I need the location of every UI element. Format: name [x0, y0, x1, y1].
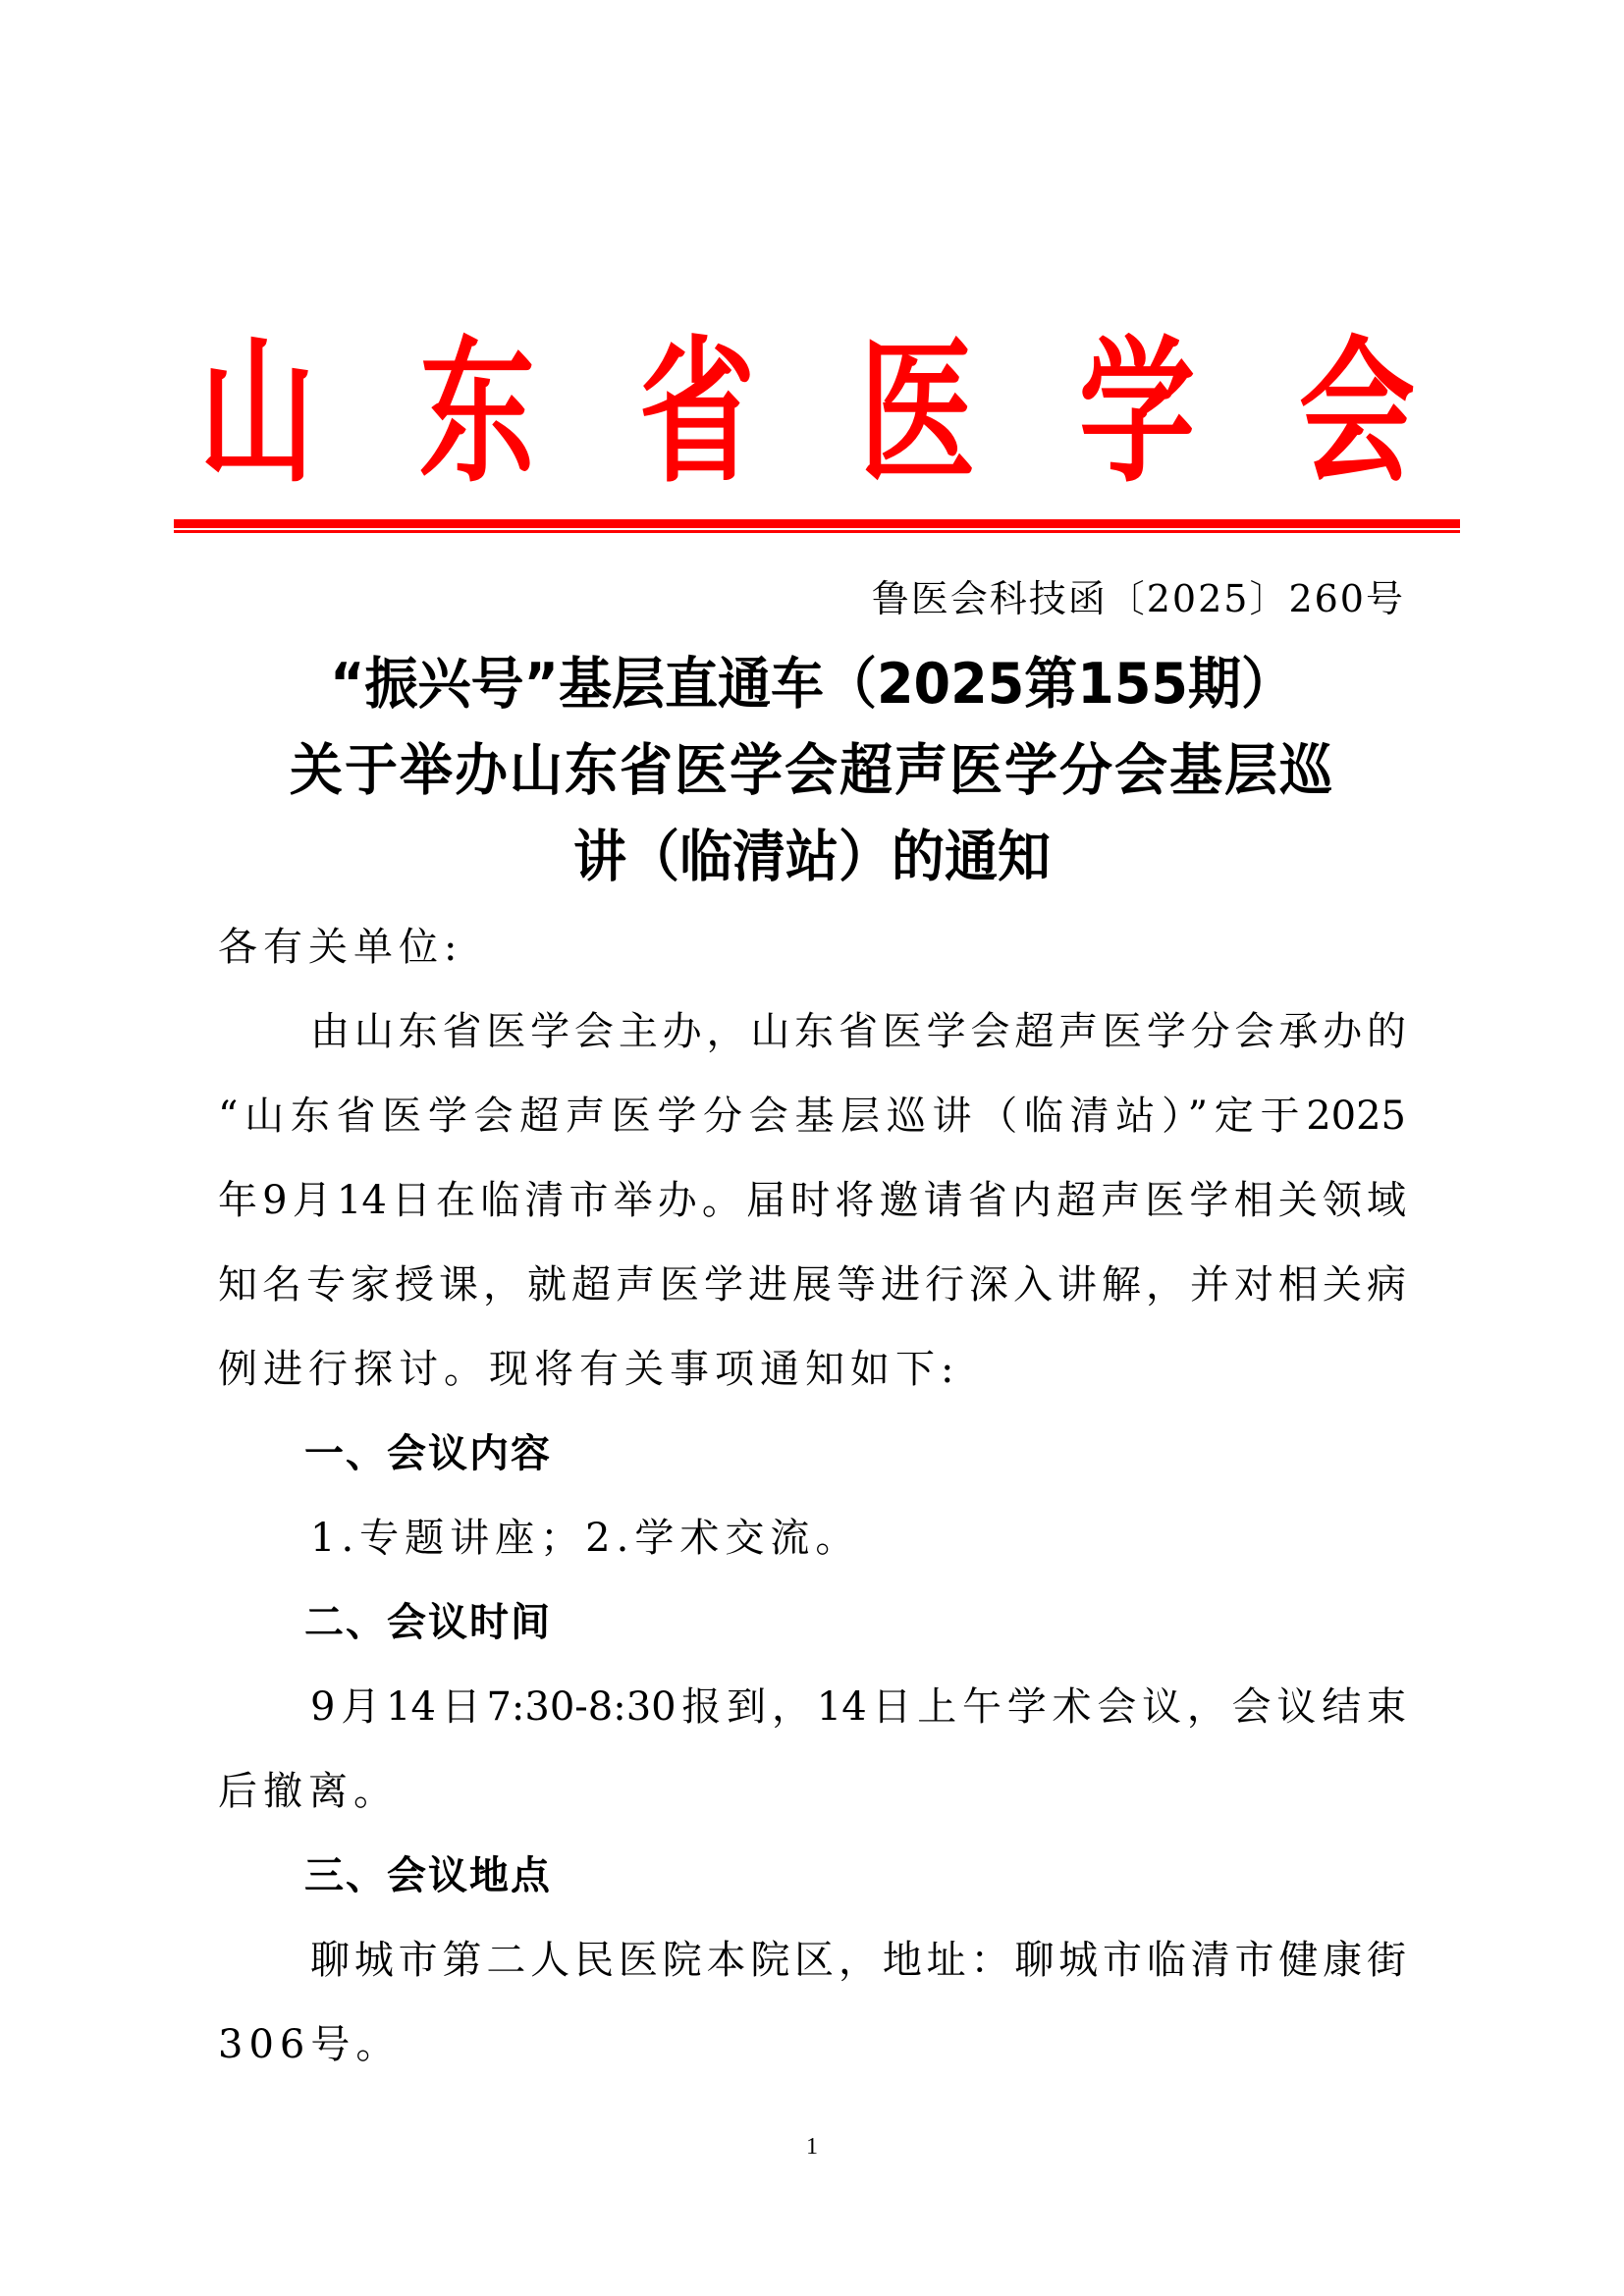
masthead-char: 医 — [853, 334, 981, 490]
section-heading: 一、会议内容 — [304, 1412, 552, 1496]
title-line-1: “振兴号”基层直通车（2025第155期） — [218, 639, 1406, 729]
masthead-char: 山 — [193, 334, 321, 490]
page-number: 1 — [0, 2132, 1624, 2162]
section-heading: 三、会议地点 — [304, 1834, 552, 1918]
intro-line: 知名专家授课，就超声医学进展等进行深入讲解，并对相关病 — [218, 1243, 1406, 1327]
masthead-rule-thin — [174, 530, 1460, 533]
masthead-char: 学 — [1073, 334, 1201, 490]
section-heading: 二、会议时间 — [304, 1580, 552, 1665]
intro-line: “山东省医学会超声医学分会基层巡讲（临清站）”定于2025 — [218, 1074, 1406, 1158]
masthead-char: 省 — [633, 334, 761, 490]
document-number: 鲁医会科技函〔2025〕260号 — [872, 577, 1405, 620]
section-line: 聊城市第二人民医院本院区，地址：聊城市临清市健康街 — [218, 1918, 1406, 2002]
intro-line: 年9月14日在临清市举办。届时将邀请省内超声医学相关领域 — [218, 1158, 1406, 1243]
section-line: 306号。 — [218, 2002, 1406, 2087]
title-line-2: 关于举办山东省医学会超声医学分会基层巡 — [218, 725, 1406, 816]
document-page: 山 东 省 医 学 会 鲁医会科技函〔2025〕260号 “振兴号”基层直通车（… — [0, 0, 1624, 2296]
intro-line: 由山东省医学会主办，山东省医学会超声医学分会承办的 — [218, 989, 1406, 1074]
intro-line: 例进行探讨。现将有关事项通知如下: — [218, 1327, 1406, 1412]
masthead: 山 东 省 医 学 会 — [174, 334, 1460, 491]
masthead-rule-thick — [174, 519, 1460, 528]
masthead-char: 东 — [413, 334, 541, 490]
section-line: 9月14日7:30-8:30报到，14日上午学术会议，会议结束 — [218, 1665, 1406, 1749]
section-line: 1.专题讲座；2.学术交流。 — [218, 1496, 1406, 1580]
section-line: 后撤离。 — [218, 1749, 1406, 1834]
masthead-char: 会 — [1293, 334, 1421, 490]
title-line-3: 讲（临清站）的通知 — [218, 812, 1406, 902]
salutation: 各有关单位: — [218, 905, 1406, 989]
